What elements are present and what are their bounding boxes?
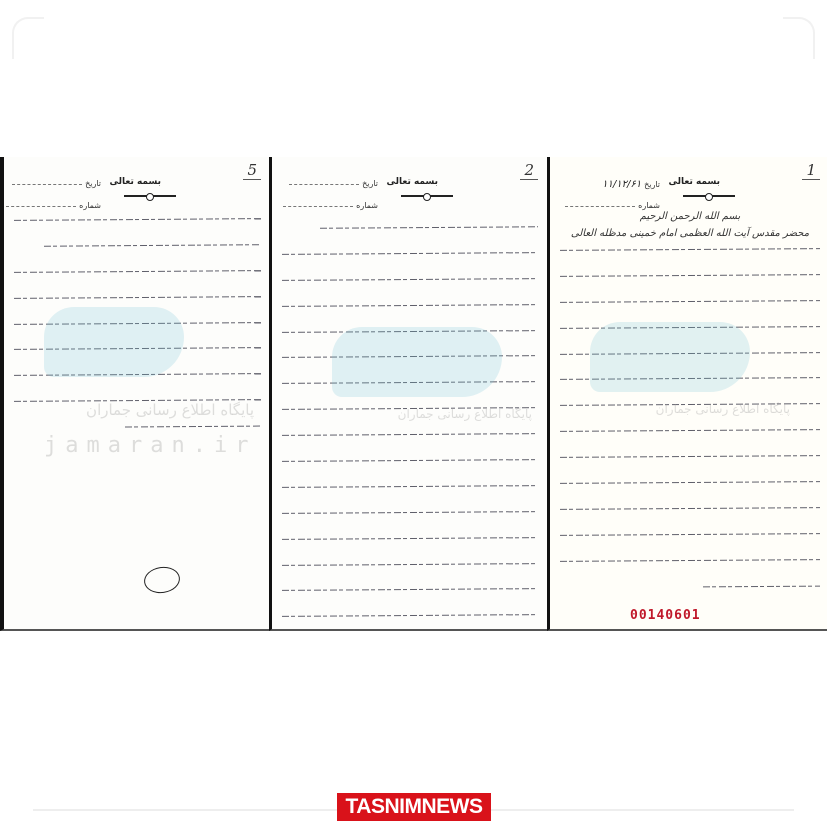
handwritten-line [282, 433, 538, 436]
handwritten-line [282, 459, 538, 462]
handwritten-line [560, 378, 820, 381]
letter-page-2: 2 بسمه تعالی تاریخ شماره [269, 157, 548, 631]
handwritten-line [14, 270, 261, 273]
date-label: تاریخ [362, 179, 378, 188]
number-field: شماره [565, 201, 660, 210]
letterhead-title: بسمه تعالی [669, 177, 721, 187]
date-value: ۱۱/۱۲/۶۱ [602, 179, 641, 190]
letterhead: بسمه تعالی تاریخ شماره [272, 177, 548, 217]
handwritten-body [14, 219, 261, 452]
handwritten-line [14, 373, 261, 376]
handwritten-line [282, 407, 538, 410]
handwritten-line [560, 248, 820, 251]
handwritten-line [282, 381, 538, 384]
handwritten-line [560, 481, 820, 484]
date-blank [289, 183, 359, 185]
serial-number: 00140601 [630, 608, 701, 623]
number-blank [6, 205, 76, 207]
handwritten-line [125, 426, 261, 428]
handwritten-line [14, 322, 261, 325]
handwritten-line [282, 589, 538, 592]
handwritten-line [282, 252, 538, 255]
handwritten-line [560, 274, 820, 277]
handwritten-body [282, 227, 538, 641]
handwritten-line [560, 455, 820, 458]
handwritten-line [560, 507, 820, 510]
date-label: تاریخ [85, 179, 101, 188]
handwritten-line [282, 511, 538, 514]
title-divider [124, 195, 176, 197]
handwritten-line [560, 559, 820, 562]
letter-page-5: 5 بسمه تعالی تاریخ شماره [0, 157, 271, 631]
number-field: شماره [283, 201, 378, 210]
letterhead-title: بسمه تعالی [110, 177, 162, 187]
title-divider [683, 195, 735, 197]
handwritten-line [14, 348, 261, 351]
handwritten-line [282, 563, 538, 566]
handwritten-line [320, 226, 538, 229]
frame-corner-top-right [783, 17, 815, 59]
handwritten-line [14, 218, 261, 221]
handwritten-line [282, 485, 538, 488]
salutation: محضر مقدس آیت الله العظمی امام خمینی مدظ… [560, 228, 820, 239]
letter-pages: 5 بسمه تعالی تاریخ شماره [0, 157, 827, 632]
handwritten-line [44, 244, 261, 247]
handwritten-line [14, 296, 261, 299]
handwritten-body: بسم الله الرحمن الرحیم محضر مقدس آیت الل… [560, 219, 820, 611]
number-blank [565, 205, 635, 207]
number-label: شماره [638, 201, 660, 210]
handwritten-line [560, 352, 820, 355]
handwritten-line [560, 429, 820, 432]
handwritten-line [703, 585, 820, 587]
letterhead-title: بسمه تعالی [387, 177, 439, 187]
number-label: شماره [79, 201, 101, 210]
signature [142, 565, 181, 596]
number-blank [283, 205, 353, 207]
number-field: شماره [6, 201, 101, 210]
frame-corner-top-left [12, 17, 44, 59]
date-field: تاریخ ۱۱/۱۲/۶۱ [602, 179, 660, 190]
handwritten-line [560, 403, 820, 406]
date-blank [12, 183, 82, 185]
handwritten-line [14, 399, 261, 402]
date-field: تاریخ [289, 179, 378, 188]
handwritten-line [560, 533, 820, 536]
number-label: شماره [356, 201, 378, 210]
handwritten-line [560, 326, 820, 329]
date-field: تاریخ [12, 179, 101, 188]
tasnimnews-logo: TASNIMNEWS [337, 793, 491, 821]
handwritten-line [282, 356, 538, 359]
handwritten-line [560, 300, 820, 303]
handwritten-line [282, 330, 538, 333]
handwritten-line [282, 278, 538, 281]
title-divider [401, 195, 453, 197]
basmala: بسم الله الرحمن الرحیم [560, 211, 820, 222]
letterhead: بسمه تعالی تاریخ شماره [4, 177, 271, 217]
date-label: تاریخ [644, 180, 660, 189]
handwritten-line [282, 304, 538, 307]
handwritten-line [282, 537, 538, 540]
handwritten-line [282, 614, 538, 617]
letter-page-1: 1 بسمه تعالی تاریخ ۱۱/۱۲/۶۱ شماره بسم ال… [547, 157, 827, 631]
